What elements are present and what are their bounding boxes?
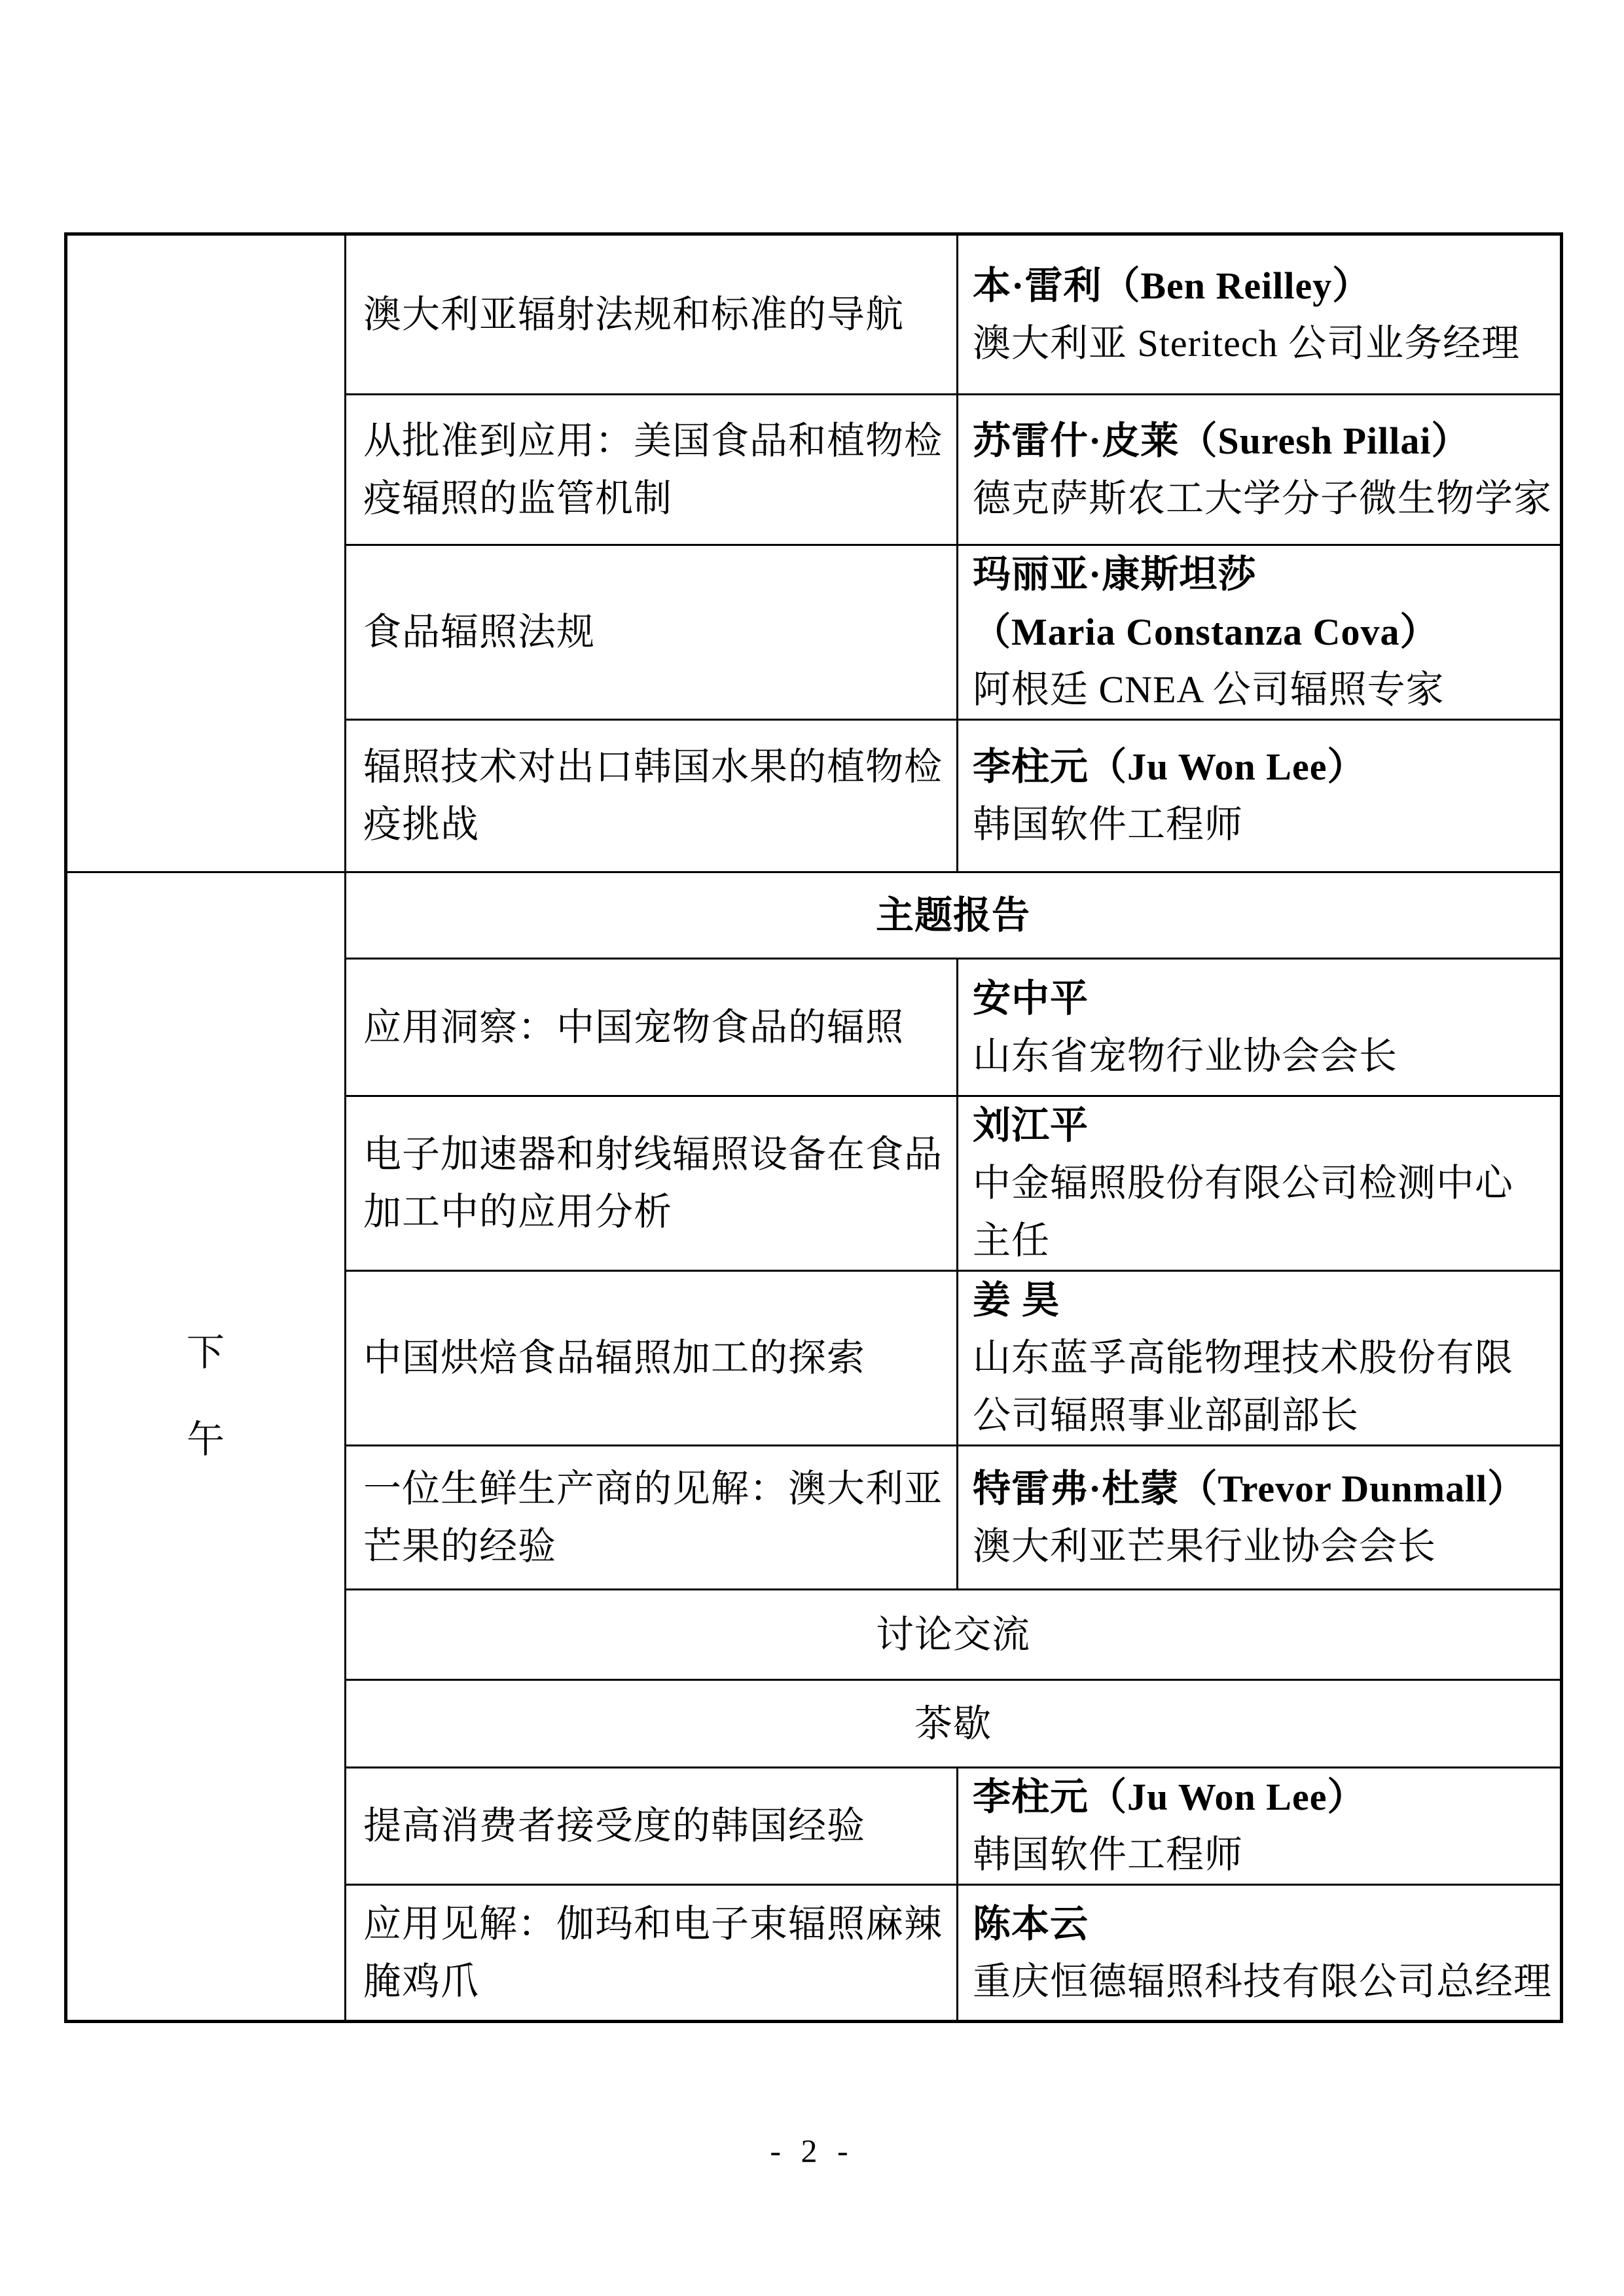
talk-title-line: 加工中的应用分析 (363, 1183, 945, 1241)
speaker-name-line: 陈本云 (973, 1895, 1551, 1953)
speaker-affiliation-line: 澳大利亚 Steritech 公司业务经理 (973, 315, 1551, 372)
talk-title-line: 从批准到应用：美国食品和植物检 (363, 412, 945, 470)
speaker-name-line: 姜 昊 (973, 1272, 1551, 1329)
talk-title-cell: 辐照技术对出口韩国水果的植物检 疫挑战 (346, 720, 958, 872)
page-number: - 2 - (0, 2131, 1624, 2170)
speaker-name-line: 特雷弗·杜蒙（Trevor Dunmall） (973, 1460, 1551, 1518)
speaker-cell: 本·雷利（Ben Reilley） 澳大利亚 Steritech 公司业务经理 (958, 234, 1562, 395)
talk-title-line: 澳大利亚辐射法规和标准的导航 (363, 286, 945, 344)
speaker-cell: 苏雷什·皮莱（Suresh Pillai） 德克萨斯农工大学分子微生物学家 (958, 395, 1562, 545)
time-label-char: 午 (67, 1411, 344, 1469)
talk-title-cell: 提高消费者接受度的韩国经验 (346, 1768, 958, 1885)
speaker-affiliation-line: 山东蓝孚高能物理技术股份有限 (973, 1329, 1551, 1387)
talk-title-line: 芒果的经验 (363, 1518, 945, 1575)
talk-title-line: 中国烘焙食品辐照加工的探索 (363, 1329, 945, 1387)
document-page: 澳大利亚辐射法规和标准的导航 本·雷利（Ben Reilley） 澳大利亚 St… (0, 0, 1624, 2296)
speaker-name-line: 刘江平 (973, 1097, 1551, 1155)
talk-title-cell: 一位生鲜生产商的见解：澳大利亚 芒果的经验 (346, 1446, 958, 1590)
speaker-affiliation-line: 中金辐照股份有限公司检测中心 (973, 1155, 1551, 1212)
talk-title-cell: 中国烘焙食品辐照加工的探索 (346, 1271, 958, 1446)
session-time-cell-morning (66, 234, 346, 872)
speaker-affiliation-line: 山东省宠物行业协会会长 (973, 1028, 1551, 1085)
talk-title-cell: 食品辐照法规 (346, 545, 958, 720)
talk-title-cell: 从批准到应用：美国食品和植物检 疫辐照的监管机制 (346, 395, 958, 545)
speaker-cell: 姜 昊 山东蓝孚高能物理技术股份有限 公司辐照事业部副部长 (958, 1271, 1562, 1446)
talk-title-line: 腌鸡爪 (363, 1953, 945, 2011)
talk-title-cell: 应用洞察：中国宠物食品的辐照 (346, 959, 958, 1096)
speaker-cell: 李柱元（Ju Won Lee） 韩国软件工程师 (958, 1768, 1562, 1885)
speaker-cell: 玛丽亚·康斯坦莎 （Maria Constanza Cova） 阿根廷 CNEA… (958, 545, 1562, 720)
speaker-name-line: 苏雷什·皮莱（Suresh Pillai） (973, 412, 1551, 470)
talk-title-line: 应用洞察：中国宠物食品的辐照 (363, 999, 945, 1056)
speaker-cell: 刘江平 中金辐照股份有限公司检测中心 主任 (958, 1096, 1562, 1271)
speaker-name-line: 李柱元（Ju Won Lee） (973, 738, 1551, 796)
speaker-affiliation-line: 主任 (973, 1212, 1551, 1270)
talk-title-cell: 电子加速器和射线辐照设备在食品 加工中的应用分析 (346, 1096, 958, 1271)
discussion-label: 讨论交流 (346, 1606, 1560, 1664)
talk-title-line: 提高消费者接受度的韩国经验 (363, 1797, 945, 1855)
talk-title-line: 食品辐照法规 (363, 603, 945, 661)
discussion-row-cell: 讨论交流 (346, 1590, 1562, 1680)
time-label-char: 下 (67, 1324, 344, 1382)
time-label: 下 午 (67, 1324, 344, 1469)
speaker-affiliation-line: 澳大利亚芒果行业协会会长 (973, 1518, 1551, 1575)
speaker-affiliation-line: 重庆恒德辐照科技有限公司总经理 (973, 1953, 1551, 2011)
speaker-cell: 李柱元（Ju Won Lee） 韩国软件工程师 (958, 720, 1562, 872)
talk-title-cell: 澳大利亚辐射法规和标准的导航 (346, 234, 958, 395)
tea-break-row-cell: 茶歇 (346, 1680, 1562, 1768)
talk-title-line: 疫挑战 (363, 796, 945, 853)
speaker-cell: 陈本云 重庆恒德辐照科技有限公司总经理 (958, 1885, 1562, 2022)
talk-title-line: 疫辐照的监管机制 (363, 470, 945, 528)
speaker-affiliation-line: 德克萨斯农工大学分子微生物学家 (973, 470, 1551, 528)
section-header-cell: 主题报告 (346, 872, 1562, 959)
speaker-cell: 特雷弗·杜蒙（Trevor Dunmall） 澳大利亚芒果行业协会会长 (958, 1446, 1562, 1590)
talk-title-line: 一位生鲜生产商的见解：澳大利亚 (363, 1460, 945, 1518)
speaker-name-line: （Maria Constanza Cova） (973, 603, 1551, 661)
talk-title-cell: 应用见解：伽玛和电子束辐照麻辣 腌鸡爪 (346, 1885, 958, 2022)
speaker-name-line: 玛丽亚·康斯坦莎 (973, 546, 1551, 603)
speaker-name-line: 安中平 (973, 970, 1551, 1028)
speaker-affiliation-line: 韩国软件工程师 (973, 796, 1551, 853)
speaker-name-line: 李柱元（Ju Won Lee） (973, 1768, 1551, 1826)
speaker-name-line: 本·雷利（Ben Reilley） (973, 257, 1551, 315)
talk-title-line: 应用见解：伽玛和电子束辐照麻辣 (363, 1895, 945, 1953)
speaker-affiliation-line: 韩国软件工程师 (973, 1826, 1551, 1884)
speaker-cell: 安中平 山东省宠物行业协会会长 (958, 959, 1562, 1096)
speaker-affiliation-line: 公司辐照事业部副部长 (973, 1387, 1551, 1444)
tea-break-label: 茶歇 (346, 1695, 1560, 1753)
agenda-table: 澳大利亚辐射法规和标准的导航 本·雷利（Ben Reilley） 澳大利亚 St… (64, 232, 1563, 2023)
section-header-label: 主题报告 (346, 887, 1560, 944)
talk-title-line: 辐照技术对出口韩国水果的植物检 (363, 738, 945, 796)
talk-title-line: 电子加速器和射线辐照设备在食品 (363, 1126, 945, 1183)
session-time-cell-afternoon: 下 午 (66, 872, 346, 2022)
speaker-affiliation-line: 阿根廷 CNEA 公司辐照专家 (973, 661, 1551, 719)
